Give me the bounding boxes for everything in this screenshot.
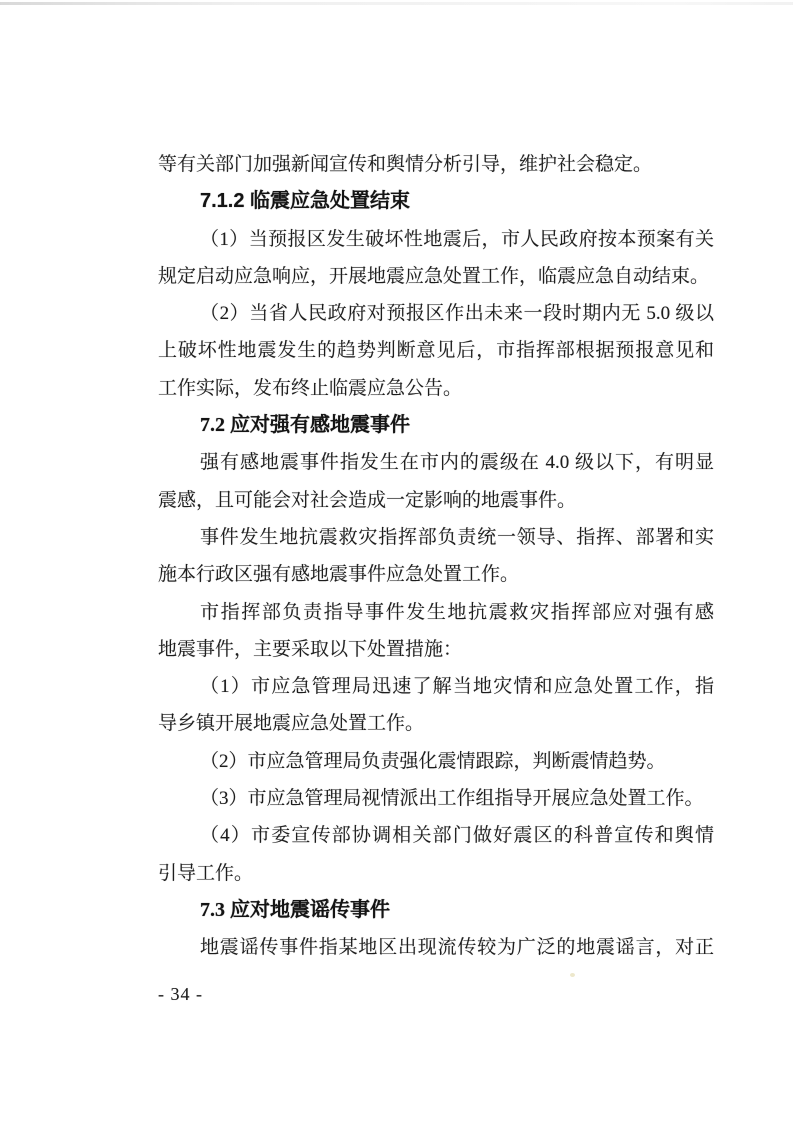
text-line: 地震谣传事件指某地区出现流传较为广泛的地震谣言，对正 [158, 929, 714, 966]
text-line: 导乡镇开展地震应急处置工作。 [158, 705, 714, 742]
paragraph: 事件发生地抗震救灾指挥部负责统一领导、指挥、部署和实 施本行政区强有感地震事件应… [158, 519, 714, 594]
heading-7-2: 7.2 应对强有感地震事件 [158, 407, 714, 444]
text-line: 施本行政区强有感地震事件应急处置工作。 [158, 556, 714, 593]
heading-7-1-2: 7.1.2 临震应急处置结束 [158, 183, 714, 220]
heading-7-3: 7.3 应对地震谣传事件 [158, 892, 714, 929]
paragraph: 强有感地震事件指发生在市内的震级在 4.0 级以下，有明显 震感，且可能会对社会… [158, 444, 714, 519]
paragraph: （4）市委宣传部协调相关部门做好震区的科普宣传和舆情 引导工作。 [158, 817, 714, 892]
paragraph: 市指挥部负责指导事件发生地抗震救灾指挥部应对强有感 地震事件，主要采取以下处置措… [158, 594, 714, 669]
text-line: 上破坏性地震发生的趋势判断意见后，市指挥部根据预报意见和 [158, 332, 714, 369]
document-page: 等有关部门加强新闻宣传和舆情分析引导，维护社会稳定。 7.1.2 临震应急处置结… [0, 0, 793, 1122]
text-line: 引导工作。 [158, 855, 714, 892]
text-line: 事件发生地抗震救灾指挥部负责统一领导、指挥、部署和实 [158, 519, 714, 556]
scan-speck-artifact [570, 973, 575, 977]
paragraph: （2）当省人民政府对预报区作出未来一段时期内无 5.0 级以 上破坏性地震发生的… [158, 295, 714, 407]
scan-edge-artifact [0, 2, 793, 5]
text-line: 市指挥部负责指导事件发生地抗震救灾指挥部应对强有感 [158, 594, 714, 631]
text-line: （3）市应急管理局视情派出工作组指导开展应急处置工作。 [158, 780, 714, 817]
paragraph: （2）市应急管理局负责强化震情跟踪，判断震情趋势。 [158, 743, 714, 780]
text-line: 强有感地震事件指发生在市内的震级在 4.0 级以下，有明显 [158, 444, 714, 481]
text-line: （4）市委宣传部协调相关部门做好震区的科普宣传和舆情 [158, 817, 714, 854]
text-line: （1）当预报区发生破坏性地震后，市人民政府按本预案有关 [158, 221, 714, 258]
paragraph: （1）当预报区发生破坏性地震后，市人民政府按本预案有关 规定启动应急响应，开展地… [158, 221, 714, 296]
text-line: 地震事件，主要采取以下处置措施： [158, 631, 714, 668]
text-line: 规定启动应急响应，开展地震应急处置工作，临震应急自动结束。 [158, 258, 714, 295]
text-line: 震感，且可能会对社会造成一定影响的地震事件。 [158, 482, 714, 519]
paragraph: （3）市应急管理局视情派出工作组指导开展应急处置工作。 [158, 780, 714, 817]
text-line: 工作实际，发布终止临震应急公告。 [158, 370, 714, 407]
text-line: （1）市应急管理局迅速了解当地灾情和应急处置工作，指 [158, 668, 714, 705]
text-line: （2）当省人民政府对预报区作出未来一段时期内无 5.0 级以 [158, 295, 714, 332]
paragraph: 地震谣传事件指某地区出现流传较为广泛的地震谣言，对正 [158, 929, 714, 966]
paragraph: 等有关部门加强新闻宣传和舆情分析引导，维护社会稳定。 [158, 146, 714, 183]
paragraph: （1）市应急管理局迅速了解当地灾情和应急处置工作，指 导乡镇开展地震应急处置工作… [158, 668, 714, 743]
section-heading-7-2: 7.2 应对强有感地震事件 [158, 407, 714, 444]
page-number: - 34 - [158, 984, 203, 1005]
section-heading-7-1-2: 7.1.2 临震应急处置结束 [158, 183, 714, 220]
section-heading-7-3: 7.3 应对地震谣传事件 [158, 892, 714, 929]
text-line: 等有关部门加强新闻宣传和舆情分析引导，维护社会稳定。 [158, 146, 714, 183]
text-line: （2）市应急管理局负责强化震情跟踪，判断震情趋势。 [158, 743, 714, 780]
document-content: 等有关部门加强新闻宣传和舆情分析引导，维护社会稳定。 7.1.2 临震应急处置结… [158, 146, 714, 967]
